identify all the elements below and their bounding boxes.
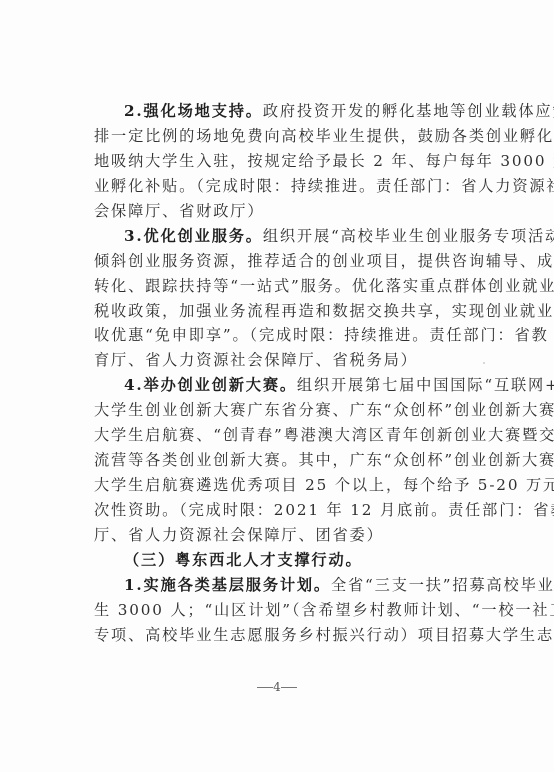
text: 政府投资开发的孵化基地等创业载体应安 [263,102,554,120]
paragraph-line: 税收政策，加强业务流程再造和数据交换共享，实现创业就业税 [94,299,486,324]
part-heading-line: （三）粤东西北人才支撑行动。 [94,548,486,573]
section-heading: 2.强化场地支持。 [124,102,263,120]
paragraph-line: 2.强化场地支持。政府投资开发的孵化基地等创业载体应安 [94,99,486,124]
paragraph-line: 流营等各类创业创新大赛。其中，广东“众创杯”创业创新大赛 [94,448,486,473]
paragraph-line: 厅、省人力资源社会保障厅、团省委） [94,523,486,548]
paragraph-line: 1.实施各类基层服务计划。全省“三支一扶”招募高校毕业 [94,573,486,598]
dash-right [281,687,297,688]
section-heading: 4.举办创业创新大赛。 [124,376,297,394]
paragraph-line: 3.优化创业服务。组织开展“高校毕业生创业服务专项活动”， [94,224,486,249]
text: 全省“三支一扶”招募高校毕业 [331,576,554,594]
paragraph-line: 业孵化补贴。（完成时限：持续推进。责任部门：省人力资源社 [94,174,486,199]
paragraph-line: 会保障厅、省财政厅） [94,199,486,224]
paragraph-line: 地吸纳大学生入驻，按规定给予最长 2 年、每户每年 3000 元的创 [94,149,486,174]
part-heading: （三）粤东西北人才支撑行动。 [124,551,363,569]
section-heading: 1.实施各类基层服务计划。 [124,576,331,594]
paragraph-line: 倾斜创业服务资源，推荐适合的创业项目，提供咨询辅导、成果 [94,249,486,274]
text: 组织开展“高校毕业生创业服务专项活动”， [263,227,554,245]
paragraph-line: 大学生启航赛遴选优秀项目 25 个以上，每个给予 5-20 万元的一 [94,473,486,498]
document-body: 2.强化场地支持。政府投资开发的孵化基地等创业载体应安 排一定比例的场地免费向高… [94,99,486,648]
paragraph-line: 收优惠“免申即享”。（完成时限：持续推进。责任部门：省教 [94,323,486,348]
document-page: 2.强化场地支持。政府投资开发的孵化基地等创业载体应安 排一定比例的场地免费向高… [0,0,554,772]
paragraph-line: 4.举办创业创新大赛。组织开展第七届中国国际“互联网+” [94,373,486,398]
paragraph-line: 育厅、省人力资源社会保障厅、省税务局） [94,348,486,373]
paragraph-line: 转化、跟踪扶持等“一站式”服务。优化落实重点群体创业就业 [94,274,486,299]
paragraph-line: 大学生启航赛、“创青春”粤港澳大湾区青年创新创业大赛暨交 [94,423,486,448]
page-number: 4 [0,680,554,694]
section-heading: 3.优化创业服务。 [124,227,263,245]
page-number-value: 4 [273,680,281,694]
paragraph-line: 生 3000 人；“山区计划”（含希望乡村教师计划、“一校一社工” [94,598,486,623]
paragraph-line: 排一定比例的场地免费向高校毕业生提供，鼓励各类创业孵化基 [94,124,486,149]
paragraph-line: 大学生创业创新大赛广东省分赛、广东“众创杯”创业创新大赛 [94,398,486,423]
text: 组织开展第七届中国国际“互联网+” [297,376,554,394]
paragraph-line: 次性资助。（完成时限：2021 年 12 月底前。责任部门：省教育 [94,498,486,523]
paragraph-line: 专项、高校毕业生志愿服务乡村振兴行动）项目招募大学生志愿 [94,623,486,648]
scan-speck [483,362,485,364]
dash-left [257,687,273,688]
